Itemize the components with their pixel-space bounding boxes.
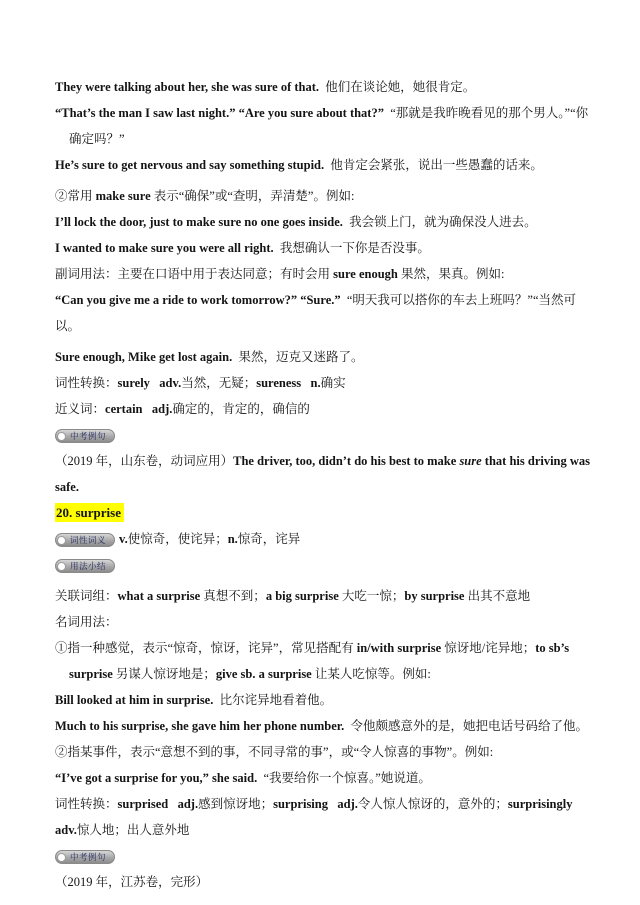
chinese-text: 近义词：	[55, 402, 105, 416]
english-text: certain adj.	[105, 402, 172, 416]
chinese-text: （2019 年，山东卷，动词应用）	[55, 454, 233, 468]
chinese-text: 名词用法：	[55, 615, 118, 629]
paragraph: Sure enough, Mike get lost again. 果然，迈克又…	[55, 344, 600, 370]
badge-notch-icon	[57, 853, 66, 862]
english-text: give sb. a surprise	[216, 667, 315, 681]
paragraph: （2019 年，江苏卷，完形）	[55, 869, 600, 895]
chinese-text: 我想确认一下你是否没事。	[280, 241, 430, 255]
english-text: v.	[119, 532, 128, 546]
paragraph: ①指一种感觉，表示“惊奇，惊讶，诧异”，常见搭配有 in/with surpri…	[55, 635, 600, 687]
english-text: They were talking about her, she was sur…	[55, 80, 325, 94]
english-text: surprising adj.	[273, 797, 358, 811]
english-text: surprised adj.	[118, 797, 199, 811]
paragraph: （2019 年，山东卷，动词应用）The driver, too, didn’t…	[55, 448, 600, 500]
badge-notch-icon	[57, 536, 66, 545]
badge-line: 中考例句	[55, 843, 600, 869]
chinese-text: 确定的，肯定的，确信的	[172, 402, 310, 416]
section-tag-badge-pos: 词性词义	[55, 533, 115, 547]
paragraph: 近义词：certain adj.确定的，肯定的，确信的	[55, 396, 600, 422]
english-text: sure enough	[333, 267, 401, 281]
paragraph: I’ll lock the door, just to make sure no…	[55, 209, 600, 235]
badge-label: 用法小结	[70, 561, 106, 571]
english-text: “I’ve got a surprise for you,” she said.	[55, 771, 263, 785]
english-text: He’s sure to get nervous and say somethi…	[55, 158, 330, 172]
chinese-text: 词性转换：	[55, 376, 118, 390]
paragraph: They were talking about her, she was sur…	[55, 74, 600, 100]
english-text: what a surprise	[118, 589, 204, 603]
english-text: a big surprise	[266, 589, 342, 603]
document-page: They were talking about her, she was sur…	[0, 0, 640, 905]
english-text: sureness n.	[256, 376, 320, 390]
chinese-text: 他们在谈论她，她很肯定。	[325, 80, 475, 94]
paragraph: “That’s the man I saw last night.” “Are …	[55, 100, 600, 152]
paragraph: 词性转换：surprised adj.感到惊讶地；surprising adj.…	[55, 791, 600, 843]
chinese-text: （2019 年，江苏卷，完形）	[55, 875, 208, 889]
paragraph: 20. surprise	[55, 500, 600, 526]
section-tag-badge-usage: 用法小结	[55, 559, 115, 573]
english-text: make sure	[96, 189, 154, 203]
badge-notch-icon	[57, 562, 66, 571]
paragraph: 名词用法：	[55, 609, 600, 635]
english-text: I’ll lock the door, just to make sure no…	[55, 215, 349, 229]
english-text: The driver, too, didn’t do his best to m…	[233, 454, 459, 468]
badge-notch-icon	[57, 432, 66, 441]
chinese-text: 让某人吃惊等。例如:	[315, 667, 431, 681]
chinese-text: “我要给你一个惊喜。”她说道。	[263, 771, 430, 785]
chinese-text: 关联词组：	[55, 589, 118, 603]
english-text: “Can you give me a ride to work tomorrow…	[55, 293, 347, 307]
badge-line: 中考例句	[55, 422, 600, 448]
paragraph: 词性转换：surely adv.当然，无疑；sureness n.确实	[55, 370, 600, 396]
chinese-text: 感到惊讶地；	[198, 797, 273, 811]
chinese-text: 使惊奇，使诧异；	[128, 532, 228, 546]
badge-label: 中考例句	[70, 852, 106, 862]
english-text: sure	[459, 454, 481, 468]
english-text: “That’s the man I saw last night.” “Are …	[55, 106, 390, 120]
highlighted-entry-title: 20. surprise	[55, 503, 124, 522]
chinese-text: 出其不意地	[468, 589, 531, 603]
section-tag-badge-exam: 中考例句	[55, 429, 115, 443]
english-text: Sure enough, Mike get lost again.	[55, 350, 238, 364]
chinese-text: 惊讶地/诧异地；	[444, 641, 535, 655]
chinese-text: 比尔诧异地看着他。	[220, 693, 333, 707]
chinese-text: 大吃一惊；	[342, 589, 405, 603]
chinese-text: 惊人地；出人意外地	[77, 823, 190, 837]
paragraph: Bill looked at him in surprise. 比尔诧异地看着他…	[55, 687, 600, 713]
paragraph: I wanted to make sure you were all right…	[55, 235, 600, 261]
english-text: Much to his surprise, she gave him her p…	[55, 719, 351, 733]
english-text: Bill looked at him in surprise.	[55, 693, 220, 707]
chinese-text: 令人惊人惊讶的，意外的；	[358, 797, 508, 811]
chinese-text: 当然，无疑；	[181, 376, 256, 390]
chinese-text: 我会锁上门，就为确保没人进去。	[349, 215, 537, 229]
english-text: in/with surprise	[357, 641, 445, 655]
paragraph: “I’ve got a surprise for you,” she said.…	[55, 765, 600, 791]
chinese-text: 令他颇感意外的是，她把电话号码给了他。	[351, 719, 589, 733]
paragraph: Much to his surprise, she gave him her p…	[55, 713, 600, 739]
chinese-text: 惊奇，诧异	[238, 532, 301, 546]
chinese-text: 真想不到；	[203, 589, 266, 603]
chinese-text: ①指一种感觉，表示“惊奇，惊讶，诧异”，常见搭配有	[55, 641, 357, 655]
chinese-text: ②指某事件，表示“意想不到的事，不同寻常的事”，或“令人惊喜的事物”。例如:	[55, 745, 493, 759]
chinese-text: 表示“确保”或“查明，弄清楚”。例如:	[154, 189, 355, 203]
chinese-text: 果然，迈克又迷路了。	[238, 350, 363, 364]
document-body: They were talking about her, she was sur…	[55, 74, 600, 895]
chinese-text: 他肯定会紧张，说出一些愚蠢的话来。	[330, 158, 543, 172]
paragraph: He’s sure to get nervous and say somethi…	[55, 152, 600, 178]
paragraph: ②常用 make sure 表示“确保”或“查明，弄清楚”。例如:	[55, 183, 600, 209]
paragraph: “Can you give me a ride to work tomorrow…	[55, 287, 600, 339]
badge-label: 中考例句	[70, 431, 106, 441]
english-text: n.	[228, 532, 238, 546]
english-text: by surprise	[404, 589, 467, 603]
paragraph: 词性词义v.使惊奇，使诧异；n.惊奇，诧异	[55, 526, 600, 552]
paragraph: 关联词组：what a surprise 真想不到；a big surprise…	[55, 583, 600, 609]
chinese-text: 副词用法：主要在口语中用于表达同意；有时会用	[55, 267, 333, 281]
section-tag-badge-exam: 中考例句	[55, 850, 115, 864]
paragraph: 副词用法：主要在口语中用于表达同意；有时会用 sure enough 果然，果真…	[55, 261, 600, 287]
chinese-text: ②常用	[55, 189, 96, 203]
chinese-text: 果然，果真。例如:	[401, 267, 504, 281]
chinese-text: 确实	[321, 376, 346, 390]
chinese-text: 另谋人惊讶地是；	[116, 667, 216, 681]
badge-line: 用法小结	[55, 552, 600, 578]
english-text: surely adv.	[118, 376, 182, 390]
badge-label: 词性词义	[70, 535, 106, 545]
english-text: I wanted to make sure you were all right…	[55, 241, 280, 255]
paragraph: ②指某事件，表示“意想不到的事，不同寻常的事”，或“令人惊喜的事物”。例如:	[55, 739, 600, 765]
chinese-text: 词性转换：	[55, 797, 118, 811]
